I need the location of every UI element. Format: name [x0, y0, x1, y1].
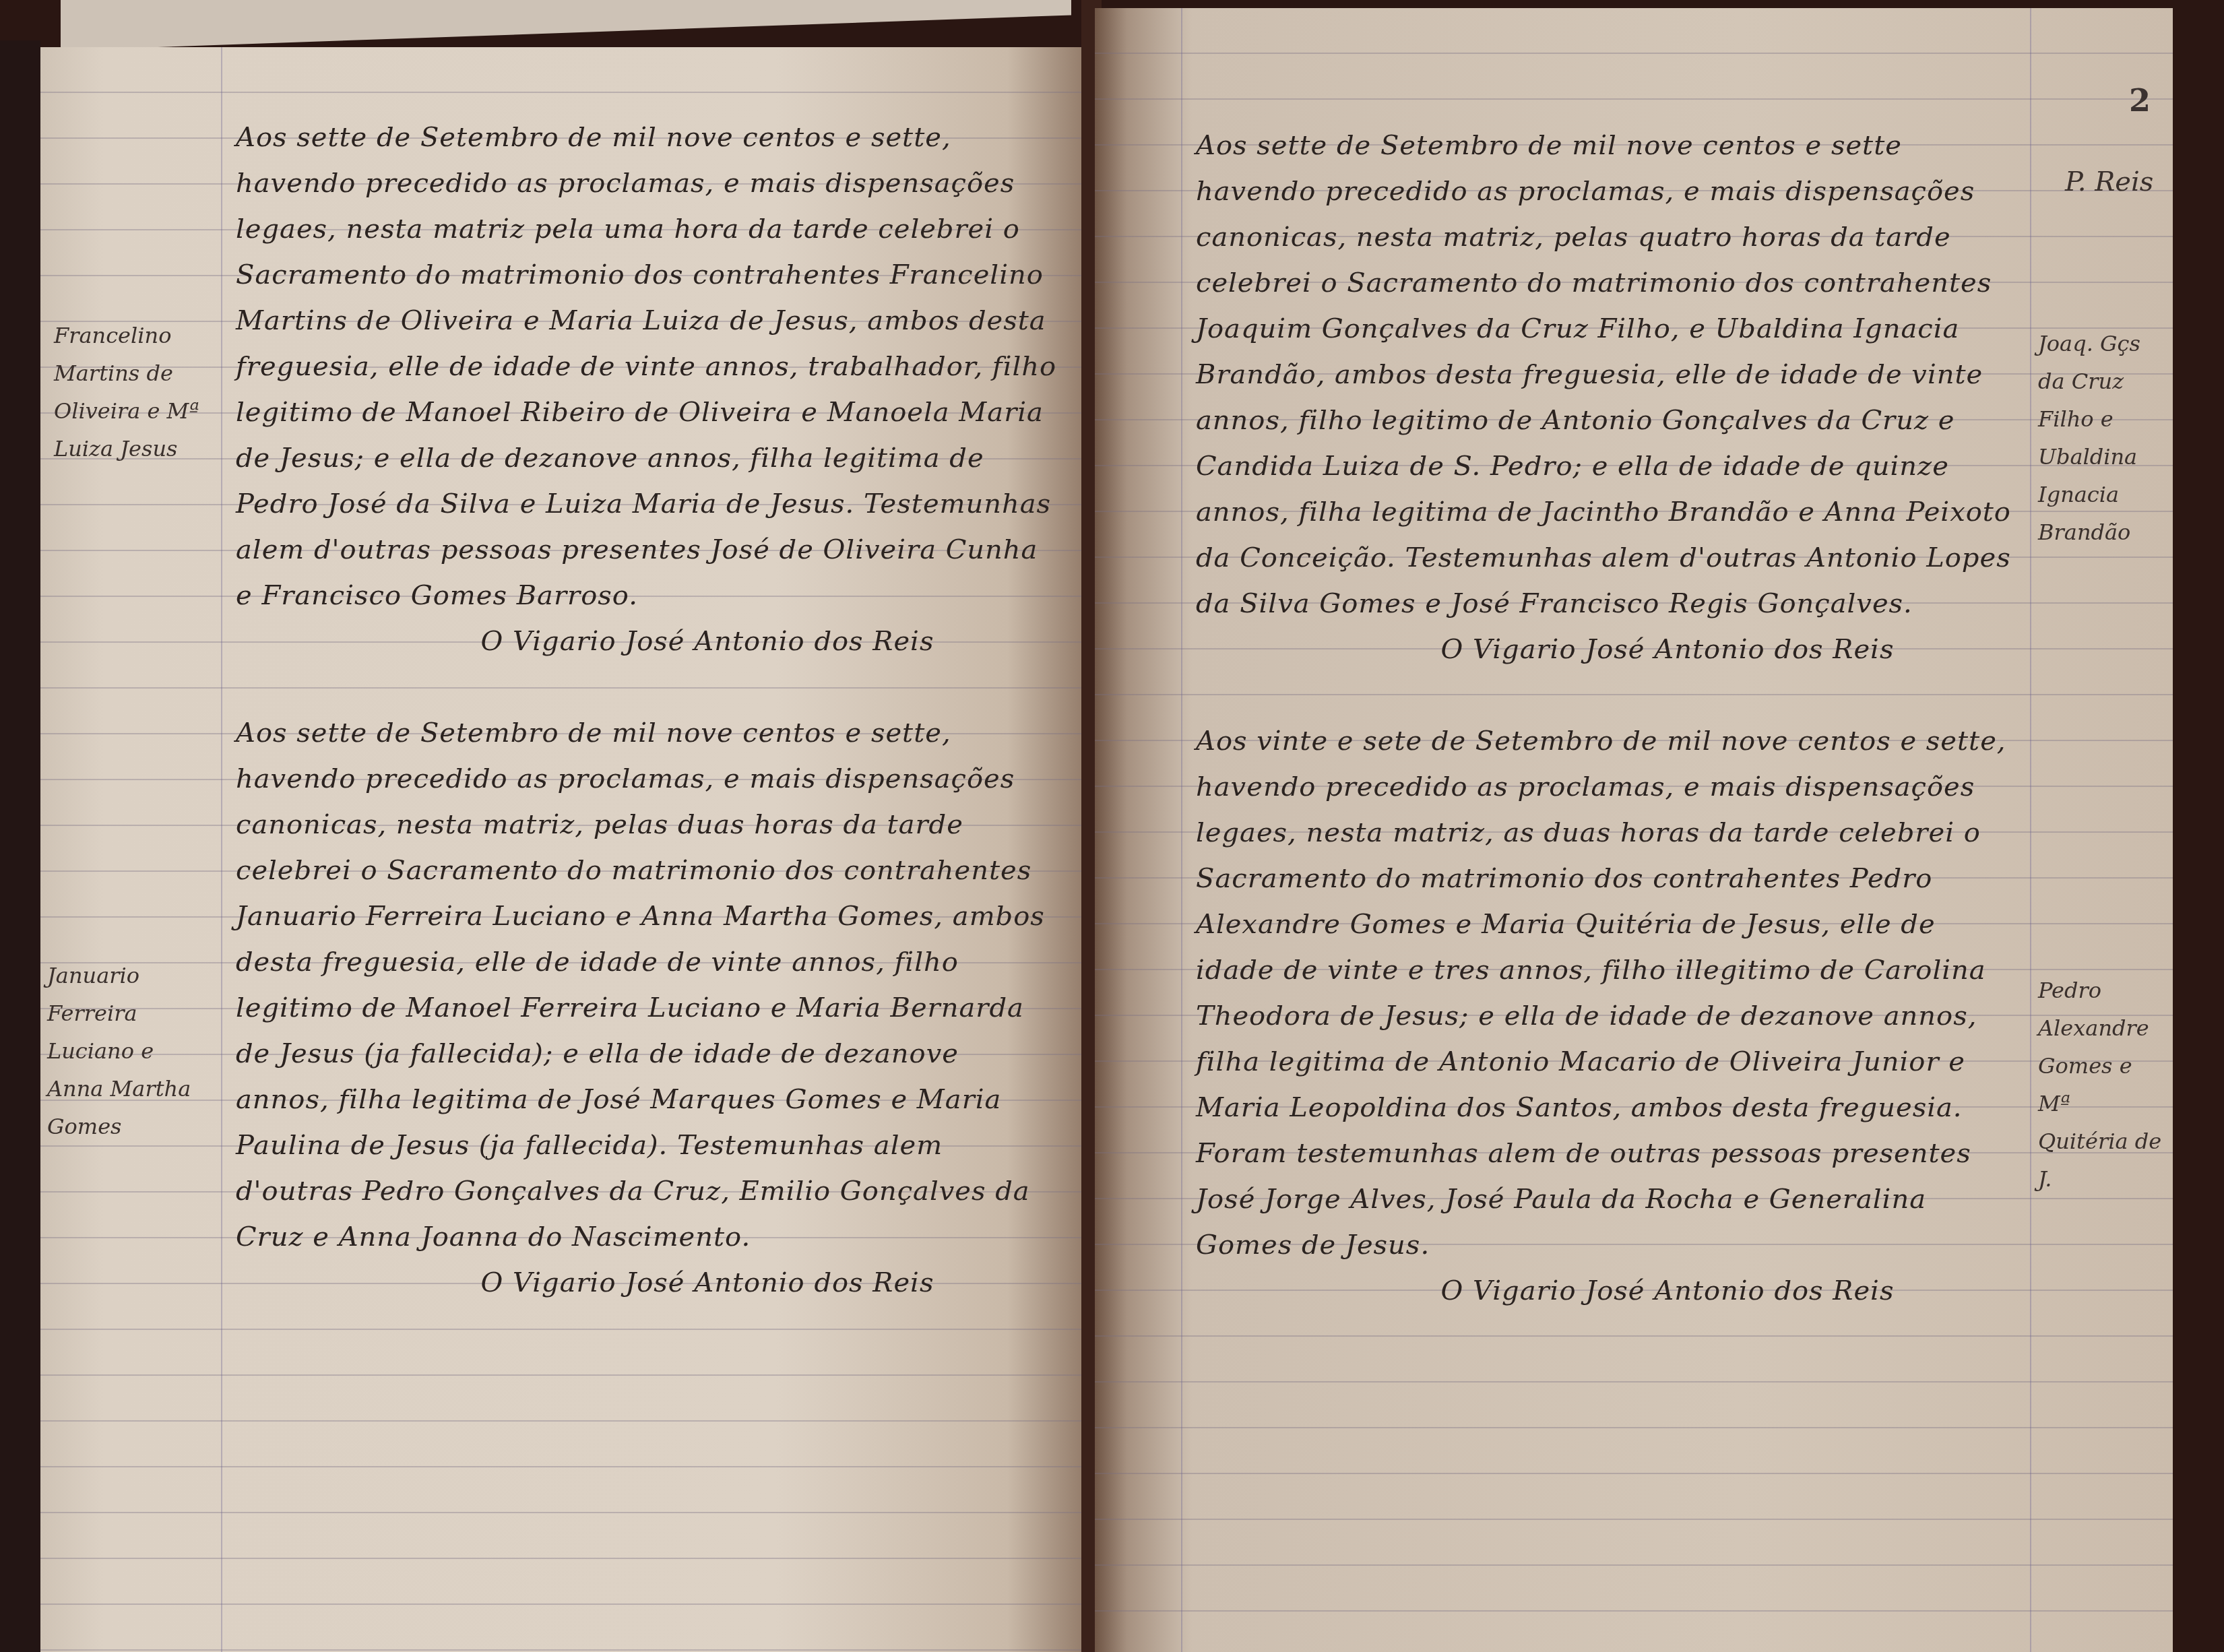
entry-text: Aos sette de Setembro de mil nove centos… [236, 710, 1058, 1260]
book-spread: Francelino Martins de Oliveira e Mª Luiz… [0, 0, 2224, 1652]
right-page-text: Aos sette de Setembro de mil nove centos… [1196, 123, 2018, 1314]
entry-text: Aos sette de Setembro de mil nove centos… [1196, 123, 2018, 627]
margin-rule [221, 47, 222, 1652]
left-page: Francelino Martins de Oliveira e Mª Luiz… [40, 47, 1091, 1652]
margin-rule [2030, 8, 2031, 1652]
marriage-entry: Aos sette de Setembro de mil nove centos… [1196, 123, 2018, 672]
right-page: 2 P. Reis Joaq. Gçs da Cruz Filho e Ubal… [1095, 8, 2173, 1652]
left-page-text: Aos sette de Setembro de mil nove centos… [236, 115, 1058, 1306]
margin-note-entry-1: Francelino Martins de Oliveira e Mª Luiz… [54, 317, 222, 468]
book-cover-edge [0, 40, 40, 1652]
page-number: 2 [2129, 82, 2151, 119]
priest-signature: O Vigario José Antonio dos Reis [1196, 627, 2018, 672]
entry-text: Aos vinte e sete de Setembro de mil nove… [1196, 718, 2018, 1268]
margin-rule [1181, 8, 1182, 1652]
margin-note-entry-4: Pedro Alexandre Gomes e Mª Quitéria de J… [2038, 972, 2166, 1198]
priest-signature: O Vigario José Antonio dos Reis [1196, 1268, 2018, 1314]
entry-text: Aos sette de Setembro de mil nove centos… [236, 115, 1058, 618]
priest-signature: O Vigario José Antonio dos Reis [236, 1260, 1058, 1306]
priest-signature: O Vigario José Antonio dos Reis [236, 618, 1058, 664]
marriage-entry: Aos sette de Setembro de mil nove centos… [236, 710, 1058, 1306]
margin-note-entry-2: Januario Ferreira Luciano e Anna Martha … [47, 957, 216, 1145]
loose-sheet [61, 0, 1071, 51]
margin-note-entry-3: Joaq. Gçs da Cruz Filho e Ubaldina Ignac… [2038, 325, 2166, 551]
marriage-entry: Aos vinte e sete de Setembro de mil nove… [1196, 718, 2018, 1314]
marriage-entry: Aos sette de Setembro de mil nove centos… [236, 115, 1058, 664]
top-right-note: P. Reis [2065, 163, 2153, 201]
